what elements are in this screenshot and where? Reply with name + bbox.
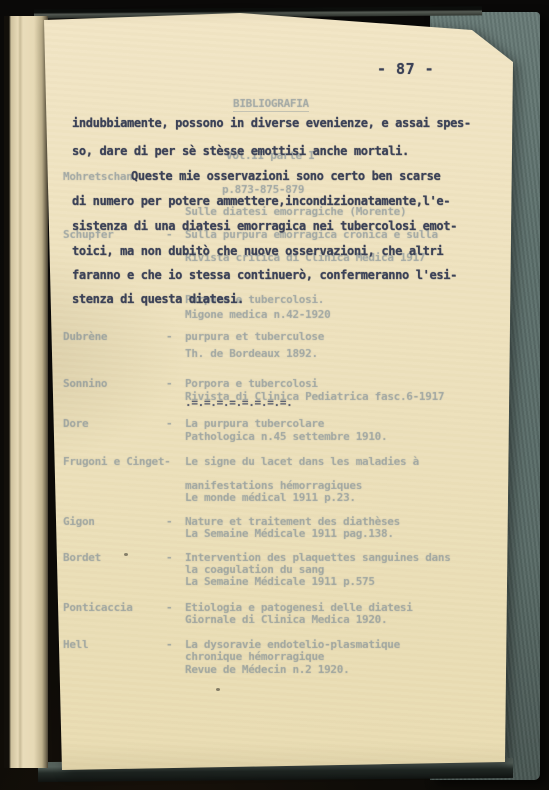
ghost-text-line: Revue de Médecin n.2 1920.	[185, 663, 349, 676]
typed-text-line: di numero per potere ammettere,incondizi…	[72, 194, 450, 208]
ghost-text-line: Bordet	[63, 551, 101, 564]
typed-text-line: toici, ma non dubitò che nuove osservazi…	[72, 244, 443, 258]
scanned-document-photo: BIBLIOGRAFIAVol.II parte IMohretschanp.8…	[0, 0, 549, 790]
ghost-text-line: Le signe du lacet dans les maladies à	[185, 455, 419, 468]
ghost-text-line: Dubrène	[63, 330, 107, 343]
ghost-text-line: BIBLIOGRAFIA	[233, 97, 309, 112]
typed-text-line: sistenza di una diatesi emorragica nei t…	[72, 219, 457, 233]
ink-speck	[216, 688, 220, 691]
ghost-text-line: Giornale di Clinica Medica 1920.	[185, 613, 387, 626]
ghost-text-line: - purpura et tuberculose	[166, 330, 324, 343]
ghost-text-line: Migone medica n.42-1920	[185, 308, 330, 321]
ghost-text-line: Sonnino	[63, 377, 107, 390]
typed-text-line: indubbiamente, possono in diverse evenie…	[72, 116, 471, 130]
ghost-text-line: Mohretschan	[63, 170, 133, 183]
document-page: BIBLIOGRAFIAVol.II parte IMohretschanp.8…	[0, 0, 549, 790]
page-shadow-wrapper: BIBLIOGRAFIAVol.II parte IMohretschanp.8…	[0, 0, 549, 790]
ghost-text-line: Le monde médical 1911 p.23.	[185, 491, 356, 504]
typed-text-line: Queste mie osservazioni sono certo ben s…	[131, 169, 440, 183]
ghost-text-line: Th. de Bordeaux 1892.	[185, 347, 318, 360]
ghost-text-line: La Semaine Médicale 1911 pag.138.	[185, 527, 394, 540]
ghost-text-line: Pathologica n.45 settembre 1910.	[185, 430, 387, 443]
typed-text-line: faranno e che io stessa continuerò, conf…	[72, 268, 457, 282]
ghost-text-line: Ponticaccia	[63, 601, 133, 614]
typed-text-line: so, dare di per sè stèsse emottisi anche…	[72, 144, 409, 158]
ghost-text-line: Hell	[63, 638, 88, 651]
ghost-text-line: La Semaine Médicale 1911 p.575	[185, 575, 375, 588]
ink-speck	[124, 553, 128, 556]
typographic-separator: .=.=.=.=.=.=.=.=.	[185, 396, 292, 409]
ghost-text-line: - La purpura tubercolare	[166, 417, 324, 430]
ghost-text-line: Dore	[63, 417, 88, 430]
page-number: - 87 -	[377, 60, 434, 78]
ghost-text-line: Gigon	[63, 515, 95, 528]
typed-text-line: stenza di questa diatesi.	[72, 292, 244, 306]
ghost-text-line: - Porpora e tubercolosi	[166, 377, 318, 390]
ghost-text-line: chronique hémorragique	[185, 650, 324, 663]
ghost-text-line: Frugoni e Cinget-	[63, 455, 170, 468]
